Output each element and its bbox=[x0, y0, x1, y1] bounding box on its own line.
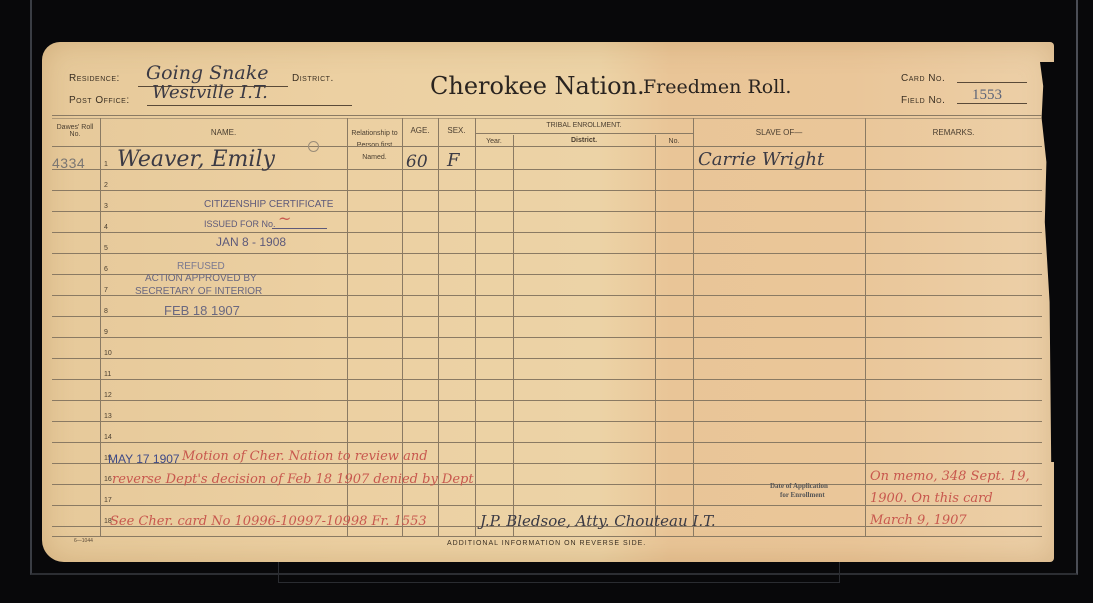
row-number: 9 bbox=[104, 329, 108, 336]
row-rule bbox=[52, 211, 1042, 212]
col-divider bbox=[100, 118, 101, 536]
row-number: 2 bbox=[104, 182, 108, 189]
enrollee-name: Weaver, Emily bbox=[117, 147, 275, 172]
issued-for-mark: ~ bbox=[278, 209, 291, 228]
row-number: 8 bbox=[104, 308, 108, 315]
residence-value: Going Snake bbox=[146, 62, 268, 84]
col-district: District. bbox=[513, 137, 655, 144]
remarks-line-2: 1900. On this card bbox=[870, 491, 993, 506]
row-number: 16 bbox=[104, 476, 112, 483]
col-remarks: REMARKS. bbox=[865, 128, 1042, 137]
secretary-interior-stamp: SECRETARY OF INTERIOR bbox=[135, 286, 262, 297]
row-rule bbox=[52, 337, 1042, 338]
citizenship-certificate-stamp: CITIZENSHIP CERTIFICATE bbox=[204, 199, 333, 210]
secretary-date-stamp: FEB 18 1907 bbox=[164, 303, 240, 318]
row-number: 5 bbox=[104, 245, 108, 252]
circled-mark-icon bbox=[308, 141, 319, 152]
col-name: NAME. bbox=[100, 128, 347, 137]
title-freedmen-roll: Freedmen Roll. bbox=[643, 76, 791, 98]
col-divider bbox=[513, 135, 514, 536]
col-slave-of: SLAVE OF— bbox=[693, 128, 865, 137]
row-number: 13 bbox=[104, 413, 112, 420]
row-number: 17 bbox=[104, 497, 112, 504]
reverse-side-note: ADDITIONAL INFORMATION ON REVERSE SIDE. bbox=[447, 540, 646, 547]
col-divider bbox=[865, 118, 866, 536]
row-rule bbox=[52, 358, 1042, 359]
note-line-18: See Cher. card No 10996-10997-10998 Fr. … bbox=[110, 514, 427, 529]
row-number: 10 bbox=[104, 350, 112, 357]
row-rule bbox=[52, 379, 1042, 380]
bottom-rule bbox=[52, 536, 1042, 537]
col-sex: SEX. bbox=[438, 126, 475, 135]
col-year: Year. bbox=[475, 138, 513, 145]
row-rule bbox=[52, 421, 1042, 422]
row-rule bbox=[52, 190, 1042, 191]
row-number: 1 bbox=[104, 161, 108, 168]
field-no-label: Field No. bbox=[901, 95, 945, 106]
date-of-application-label: Date of Application bbox=[770, 482, 828, 490]
title-cherokee-nation: Cherokee Nation. bbox=[430, 72, 645, 100]
citizenship-date-stamp: JAN 8 - 1908 bbox=[216, 235, 286, 249]
col-divider bbox=[693, 118, 694, 536]
row-number: 7 bbox=[104, 287, 108, 294]
remarks-line-1: On memo, 348 Sept. 19, bbox=[870, 469, 1030, 484]
remarks-line-3: March 9, 1907 bbox=[870, 513, 967, 528]
row-number: 11 bbox=[104, 371, 111, 378]
row-number: 14 bbox=[104, 434, 112, 441]
row-rule bbox=[52, 400, 1042, 401]
slave-of-value: Carrie Wright bbox=[698, 149, 824, 170]
note-line-15: Motion of Cher. Nation to review and bbox=[182, 449, 428, 464]
district-label: District. bbox=[292, 73, 334, 84]
card-no-underline bbox=[957, 82, 1027, 83]
col-divider bbox=[475, 118, 476, 536]
enrollee-sex: F bbox=[447, 150, 460, 171]
dawes-roll-number: 4334 bbox=[52, 155, 85, 171]
post-office-value: Westville I.T. bbox=[152, 82, 268, 103]
issued-for-underline bbox=[272, 228, 327, 229]
row-number: 3 bbox=[104, 203, 108, 210]
col-divider bbox=[655, 135, 656, 536]
for-enrollment-label: for Enrollment bbox=[780, 491, 825, 499]
row-rule bbox=[52, 442, 1042, 443]
col-dawes-roll-no: Dawes' Roll No. bbox=[52, 124, 98, 138]
card-no-label: Card No. bbox=[901, 73, 945, 84]
header-rule-2 bbox=[52, 118, 1042, 119]
issued-for-stamp: ISSUED FOR No. bbox=[204, 219, 276, 229]
row-rule bbox=[52, 232, 1042, 233]
form-number: 6—1044 bbox=[74, 538, 93, 544]
row-number: 4 bbox=[104, 224, 108, 231]
field-no-value: 1553 bbox=[972, 87, 1002, 104]
col-no: No. bbox=[655, 138, 693, 145]
action-approved-stamp: ACTION APPROVED BY bbox=[145, 273, 257, 284]
may-date-stamp: MAY 17 1907 bbox=[108, 452, 180, 466]
tribal-subheader-rule bbox=[475, 133, 693, 134]
refused-stamp: REFUSED bbox=[177, 261, 225, 272]
row-rule bbox=[52, 253, 1042, 254]
row-number: 6 bbox=[104, 266, 108, 273]
post-office-label: Post Office: bbox=[69, 95, 130, 106]
post-office-underline bbox=[147, 105, 352, 106]
attorney-note: J.P. Bledsoe, Atty. Chouteau I.T. bbox=[480, 512, 716, 530]
header-rule bbox=[52, 115, 1042, 116]
row-number: 12 bbox=[104, 392, 112, 399]
enrollee-age: 60 bbox=[406, 152, 428, 172]
residence-label: Residence: bbox=[69, 73, 120, 84]
torn-edge bbox=[1040, 62, 1056, 462]
col-tribal-enrollment: TRIBAL ENROLLMENT. bbox=[475, 122, 693, 129]
enrollment-card: Residence: Going Snake District. Post Of… bbox=[42, 42, 1054, 562]
note-line-16: reverse Dept's decision of Feb 18 1907 d… bbox=[112, 472, 474, 487]
col-age: AGE. bbox=[402, 126, 438, 135]
